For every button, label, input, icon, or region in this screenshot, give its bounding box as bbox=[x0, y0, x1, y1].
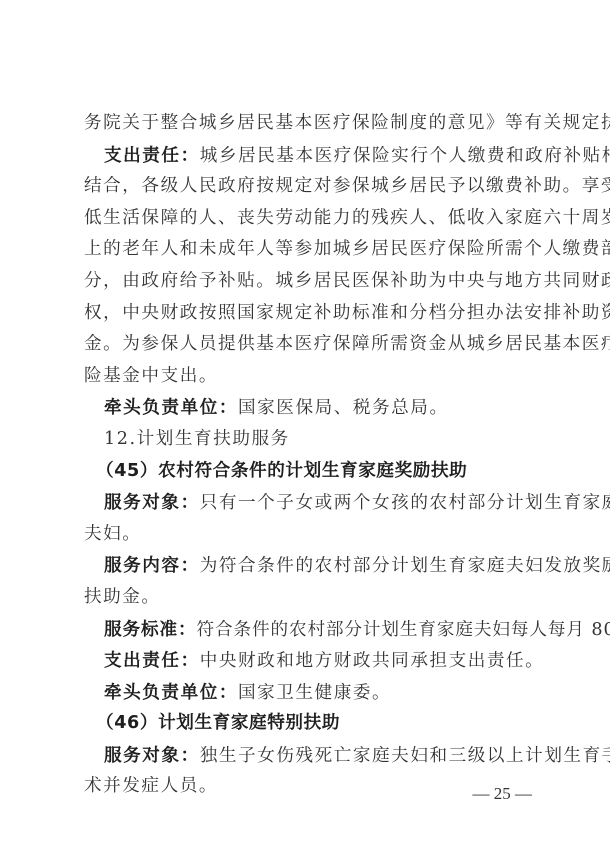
subsection-heading-45: （45）农村符合条件的计划生育家庭奖励扶助 bbox=[84, 456, 530, 488]
line-text: 独生子女伤残死亡家庭夫妇和三级以上计划生育手 bbox=[200, 746, 610, 766]
line-text: 金。为参保人员提供基本医疗保障所需资金从城乡居民基本医疗保 bbox=[84, 334, 610, 354]
line-text: 中央财政和地方财政共同承担支出责任。 bbox=[200, 651, 545, 671]
line-text: 分，由政府给予补贴。城乡居民医保补助为中央与地方共同财政事 bbox=[84, 271, 610, 291]
paragraph-line: 权，中央财政按照国家规定补助标准和分档分担办法安排补助资 bbox=[84, 298, 530, 330]
line-text: 为符合条件的农村部分计划生育家庭夫妇发放奖励 bbox=[200, 556, 610, 576]
field-label: 服务对象： bbox=[104, 745, 200, 766]
field-label: 牵头负责单位： bbox=[104, 682, 238, 703]
expenditure-responsibility-line: 支出责任：城乡居民基本医疗保险实行个人缴费和政府补贴相 bbox=[84, 140, 530, 172]
expenditure-responsibility-line: 支出责任：中央财政和地方财政共同承担支出责任。 bbox=[84, 645, 530, 677]
paragraph-line: 术并发症人员。 bbox=[84, 771, 530, 803]
document-page: 务院关于整合城乡居民基本医疗保险制度的意见》等有关规定执行。 支出责任：城乡居民… bbox=[0, 0, 610, 864]
field-label: 服务标准： bbox=[104, 619, 196, 640]
line-text: 夫妇。 bbox=[84, 524, 141, 544]
paragraph-line: 分，由政府给予补贴。城乡居民医保补助为中央与地方共同财政事 bbox=[84, 266, 530, 298]
line-text: 只有一个子女或两个女孩的农村部分计划生育家庭 bbox=[200, 493, 610, 513]
field-label: 服务内容： bbox=[104, 555, 200, 576]
service-content-line: 服务内容：为符合条件的农村部分计划生育家庭夫妇发放奖励 bbox=[84, 550, 530, 582]
line-text: 国家卫生健康委。 bbox=[238, 683, 391, 703]
line-text: 扶助金。 bbox=[84, 587, 161, 607]
line-text: 国家医保局、税务总局。 bbox=[238, 398, 449, 418]
section-title: 12.计划生育扶助服务 bbox=[104, 429, 290, 449]
paragraph-line: 结合，各级人民政府按规定对参保城乡居民予以缴费补助。享受最 bbox=[84, 171, 530, 203]
line-text: 城乡居民基本医疗保险实行个人缴费和政府补贴相 bbox=[200, 146, 610, 166]
document-body: 务院关于整合城乡居民基本医疗保险制度的意见》等有关规定执行。 支出责任：城乡居民… bbox=[84, 108, 530, 803]
service-standard-line: 服务标准：符合条件的农村部分计划生育家庭夫妇每人每月 80 元。 bbox=[84, 614, 530, 646]
lead-unit-line: 牵头负责单位：国家卫生健康委。 bbox=[84, 677, 530, 709]
line-text: 上的老年人和未成年人等参加城乡居民医疗保险所需个人缴费部 bbox=[84, 239, 610, 259]
paragraph-line: 扶助金。 bbox=[84, 582, 530, 614]
line-text: 术并发症人员。 bbox=[84, 776, 218, 796]
field-label: 牵头负责单位： bbox=[104, 397, 238, 418]
line-text: 务院关于整合城乡居民基本医疗保险制度的意见》等有关规定执行。 bbox=[84, 113, 610, 133]
line-text: 低生活保障的人、丧失劳动能力的残疾人、低收入家庭六十周岁以 bbox=[84, 208, 610, 228]
field-label: 支出责任： bbox=[104, 650, 200, 671]
lead-unit-line: 牵头负责单位：国家医保局、税务总局。 bbox=[84, 392, 530, 424]
paragraph-line: 夫妇。 bbox=[84, 519, 530, 551]
line-text: 权，中央财政按照国家规定补助标准和分档分担办法安排补助资 bbox=[84, 303, 610, 323]
paragraph-line: 金。为参保人员提供基本医疗保障所需资金从城乡居民基本医疗保 bbox=[84, 329, 530, 361]
paragraph-line: 务院关于整合城乡居民基本医疗保险制度的意见》等有关规定执行。 bbox=[84, 108, 530, 140]
paragraph-line: 险基金中支出。 bbox=[84, 361, 530, 393]
field-label: 服务对象： bbox=[104, 492, 200, 513]
subsection-heading-46: （46）计划生育家庭特别扶助 bbox=[84, 708, 530, 740]
paragraph-line: 上的老年人和未成年人等参加城乡居民医疗保险所需个人缴费部 bbox=[84, 234, 530, 266]
page-number: — 25 — bbox=[468, 784, 532, 804]
line-text: 符合条件的农村部分计划生育家庭夫妇每人每月 80 元。 bbox=[196, 620, 610, 640]
service-target-line: 服务对象：只有一个子女或两个女孩的农村部分计划生育家庭 bbox=[84, 487, 530, 519]
service-target-line: 服务对象：独生子女伤残死亡家庭夫妇和三级以上计划生育手 bbox=[84, 740, 530, 772]
line-text: 险基金中支出。 bbox=[84, 366, 218, 386]
subsection-title: （45）农村符合条件的计划生育家庭奖励扶助 bbox=[96, 461, 467, 481]
field-label: 支出责任： bbox=[104, 145, 200, 166]
section-heading-12: 12.计划生育扶助服务 bbox=[84, 424, 530, 456]
subsection-title: （46）计划生育家庭特别扶助 bbox=[96, 713, 340, 733]
line-text: 结合，各级人民政府按规定对参保城乡居民予以缴费补助。享受最 bbox=[84, 176, 610, 196]
paragraph-line: 低生活保障的人、丧失劳动能力的残疾人、低收入家庭六十周岁以 bbox=[84, 203, 530, 235]
